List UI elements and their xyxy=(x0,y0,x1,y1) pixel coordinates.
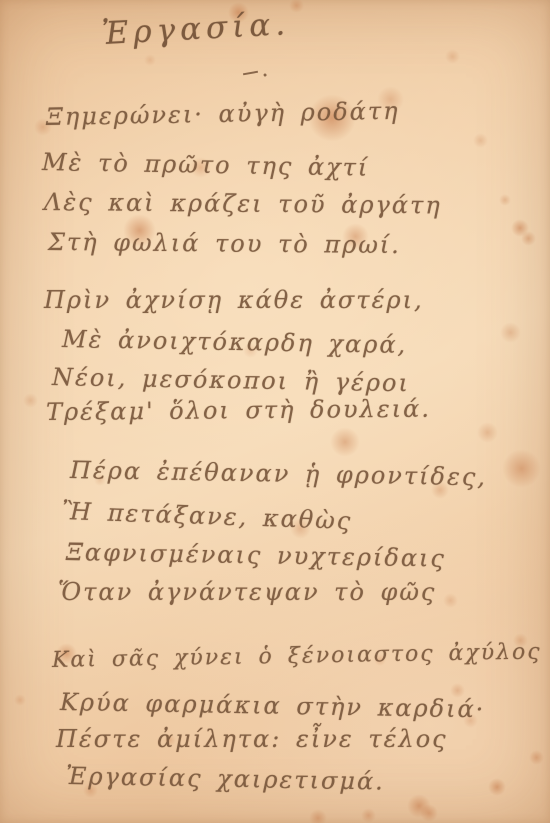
foxing-stain xyxy=(420,804,438,822)
poem-line-s4-l2: Κρύα φαρμάκια στὴν καρδιά· xyxy=(60,688,486,723)
poem-line-s1-l1: Ξημερώνει· αὐγὴ ροδάτη xyxy=(46,97,400,131)
manuscript-page: Ἐργασία. Ξημερώνει· αὐγὴ ροδάτη Μὲ τὸ πρ… xyxy=(0,0,550,823)
foxing-stain xyxy=(502,449,541,488)
poem-line-s2-l1: Πρὶν ἀχνίσῃ κάθε ἀστέρι, xyxy=(44,286,424,314)
foxing-stain xyxy=(529,750,544,765)
poem-line-s2-l3: Νέοι, μεσόκοποι ἢ γέροι xyxy=(52,363,410,397)
poem-line-s3-l3: Ξαφνισμέναις νυχτερίδαις xyxy=(66,538,446,573)
foxing-stain xyxy=(443,593,458,608)
foxing-stain xyxy=(488,778,506,796)
foxing-stain xyxy=(477,422,498,443)
foxing-stain xyxy=(445,49,460,64)
poem-line-s2-l4: Τρέξαμ' ὅλοι στὴ δουλειά. xyxy=(46,395,431,426)
foxing-stain xyxy=(499,194,511,206)
poem-line-s1-l2: Μὲ τὸ πρῶτο της ἀχτί xyxy=(42,148,370,182)
poem-line-s3-l1: Πέρα ἐπέθαναν ᾑ φροντίδες, xyxy=(70,456,487,491)
poem-line-s2-l2: Μὲ ἀνοιχτόκαρδη χαρά, xyxy=(62,325,408,359)
foxing-stain xyxy=(511,219,529,237)
poem-line-s4-l1: Καὶ σᾶς χύνει ὁ ξένοιαστος ἀχύλος xyxy=(52,639,542,673)
foxing-stain xyxy=(23,393,38,408)
poem-line-s1-l3: Λὲς καὶ κράζει τοῦ ἀργάτη xyxy=(44,188,442,219)
foxing-stain xyxy=(330,427,360,457)
foxing-stain xyxy=(361,808,376,823)
poem-line-s4-l4: Ἐργασίας χαιρετισμά. xyxy=(66,762,385,796)
poem-title: Ἐργασία. xyxy=(101,6,291,52)
title-underline-mark xyxy=(243,71,258,76)
foxing-stain xyxy=(14,694,26,706)
foxing-stain xyxy=(144,54,156,66)
poem-line-s3-l4: Ὅταν ἀγνάντεψαν τὸ φῶς xyxy=(58,578,436,606)
foxing-stain xyxy=(309,809,327,823)
foxing-stain xyxy=(500,322,521,343)
poem-line-s1-l4: Στὴ φωλιά του τὸ πρωί. xyxy=(48,228,401,259)
foxing-stain xyxy=(407,794,431,818)
foxing-stain xyxy=(473,133,488,148)
foxing-stain xyxy=(289,0,304,13)
poem-line-s4-l3: Πέστε ἀμίλητα: εἶνε τέλος xyxy=(56,725,448,753)
poem-line-s3-l2: Ἢ πετάξανε, καθὼς xyxy=(62,497,353,535)
foxing-stain xyxy=(521,231,536,246)
